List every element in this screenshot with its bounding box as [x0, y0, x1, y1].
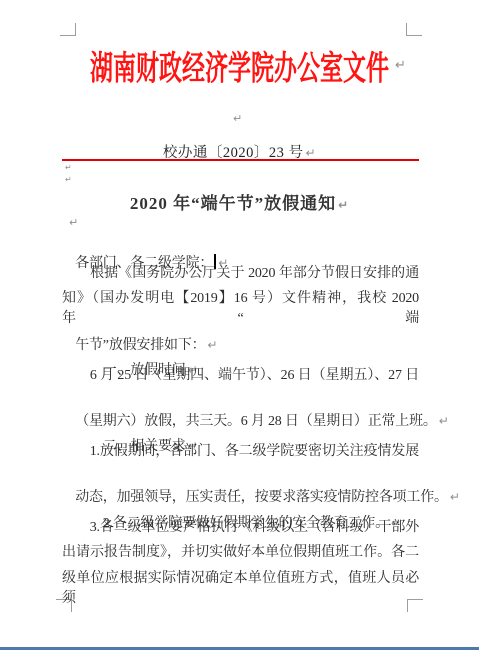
notice-title[interactable]: 2020 年“端午节”放假通知↵: [0, 189, 479, 214]
body-line[interactable]: 根据《国务院办公厅关于 2020 年部分节假日安排的通: [62, 264, 419, 290]
letterhead-red-rule: [62, 159, 419, 161]
letterhead-title[interactable]: 湖南财政经济学院办公室文件: [0, 42, 479, 90]
window-bottom-border: [0, 647, 479, 650]
paragraph-mark-icon: ↵: [69, 216, 78, 229]
section-heading-line[interactable]: 一、放假时间↵: [62, 340, 419, 366]
notice-title-text: 2020 年“端午节”放假通知: [130, 194, 336, 213]
paragraph-mark-icon: ↵: [395, 58, 406, 73]
body-line[interactable]: （星期六）放假，共三天。6 月 28 日（星期日）正常上班。↵: [62, 391, 419, 417]
body-line[interactable]: 动态，加强领导，压实责任，按要求落实疫情防控各项工作。↵: [62, 467, 419, 493]
body-line[interactable]: 级单位应根据实际情况确定本单位值班方式，值班人员必须: [62, 569, 419, 595]
text-boundary-mark-top-left: [60, 23, 76, 36]
salutation-line[interactable]: 各部门、各二级学院：↵: [62, 233, 419, 259]
paragraph-mark-icon: ↵: [439, 414, 449, 428]
paragraph-mark-icon: ↵: [65, 175, 72, 184]
body-line[interactable]: 6 月 25 日（星期四、端午节）、26 日（星期五）、27 日: [62, 366, 419, 392]
body-line[interactable]: 2.各二级学院要做好假期学生的安全教育工作。↵: [62, 493, 419, 519]
paragraph-mark-icon: ↵: [450, 490, 460, 504]
paragraph-mark-icon: ↵: [233, 112, 242, 125]
text-boundary-mark-bottom-right: [407, 599, 423, 612]
paragraph-mark-icon: ↵: [338, 198, 349, 212]
section-heading-line[interactable]: 二、相关要求↵: [62, 416, 419, 442]
paragraph-mark-icon: ↵: [65, 163, 72, 172]
body-line[interactable]: 出请示报告制度》，并切实做好本单位假期值班工作。各二: [62, 543, 419, 569]
body-line[interactable]: 午节”放假安排如下：↵: [62, 315, 419, 341]
word-document-page[interactable]: 湖南财政经济学院办公室文件 ↵ ↵ 校办通〔2020〕23 号↵ ↵ ↵ 202…: [0, 0, 479, 654]
body-line[interactable]: 知》（国办发明电【2019】16 号）文件精神，我校 2020 年“端: [62, 289, 419, 315]
paragraph-mark-icon: ↵: [306, 146, 317, 160]
body-line[interactable]: 3.各二级单位要严格执行《科级以上（含科级）干部外: [62, 518, 419, 544]
body-line[interactable]: 1.放假期间，各部门、各二级学院要密切关注疫情发展: [62, 442, 419, 468]
text-boundary-mark-top-right: [406, 23, 422, 36]
